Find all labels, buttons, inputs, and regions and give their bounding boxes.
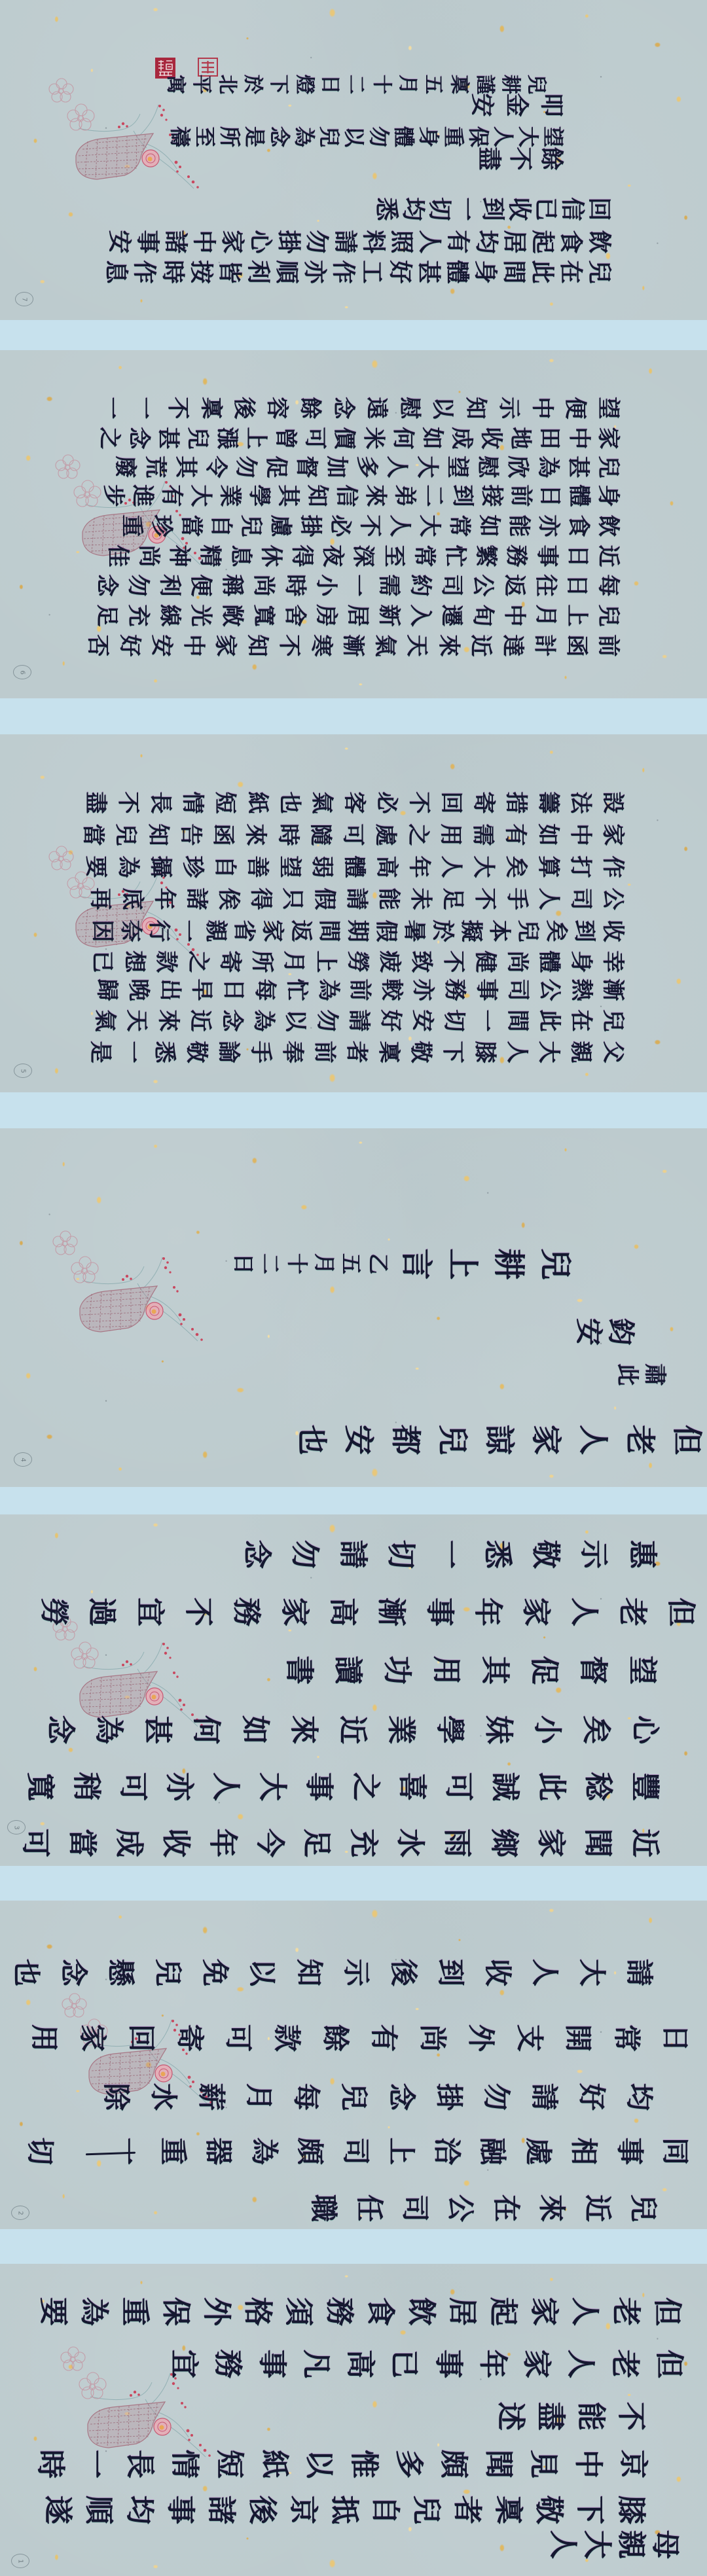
text-column: 公司人手不足未能請假只得俟諸年底再 bbox=[90, 885, 625, 908]
page-divider bbox=[0, 1487, 707, 1514]
page-number-circle: 5 bbox=[14, 1064, 32, 1078]
page-divider bbox=[0, 698, 707, 734]
text-column: 身體日前接到二弟來信知其學業大有進步 bbox=[103, 482, 621, 505]
letter-page: 惠示敬悉一切請勿念 但老人家年事漸高家務不宜過勞 望督促其用功讀書 心矣小妹學業… bbox=[0, 1514, 707, 1866]
page-number-circle: 7 bbox=[15, 292, 33, 306]
page-number: 3 bbox=[13, 1825, 20, 1829]
flower-basket-watermark bbox=[46, 1223, 216, 1354]
page-divider bbox=[0, 1092, 707, 1128]
text-column: 收到矣兒本擬於暑假期間返家省親一行奈因 bbox=[92, 918, 625, 940]
text-column: 家中如有需用之處可隨時來函告知兒當 bbox=[83, 821, 625, 844]
text-column: 豐稔此誠可喜之事大人亦可稍寬 bbox=[27, 1769, 661, 1798]
text-column: 回信已收到一切均悉 bbox=[376, 196, 612, 219]
text-column: 設法籌措寄回不必客氣也紙短情長不盡 bbox=[86, 789, 625, 812]
text-column: 兒耕謹稟五月十二日燈下於北平寓 bbox=[167, 72, 547, 92]
text-column: 京中見聞頗多惟以紙短情長一時 bbox=[37, 2446, 649, 2475]
signature: 兒耕上言 bbox=[402, 1245, 572, 1277]
text-column: 漸熱公司事務亦較前為忙每日早出晚歸 bbox=[97, 976, 625, 999]
page-number-circle: 4 bbox=[14, 1452, 32, 1467]
closing-phrase: 肅此 bbox=[617, 1361, 667, 1384]
text-column: 但老人家年事漸高家務不宜過勞 bbox=[41, 1594, 697, 1623]
page-number: 6 bbox=[19, 670, 26, 674]
text-column: 兒甚為欣慰望大人多加督促勿令其荒廢 bbox=[115, 454, 621, 476]
text-column: 但老人家諒兒都安也 bbox=[298, 1423, 703, 1453]
text-column: 切 bbox=[27, 2136, 55, 2163]
text-column: 幸身體尚健不致疲勞上月所寄之款想已 bbox=[92, 948, 625, 971]
page-number: 7 bbox=[21, 297, 28, 301]
text-column: 作打算矣大人年高體弱望善自珍攝為要 bbox=[86, 853, 625, 876]
text-column: 兒上月中旬遷入新居房舍寬敞光線充足 bbox=[97, 602, 621, 624]
page-number: 1 bbox=[17, 2559, 24, 2563]
page-divider bbox=[0, 2229, 707, 2264]
text-column: 飲食亦能如常大人不必掛慮兒自當珍重 bbox=[122, 512, 621, 535]
text-column: 望督促其用功讀書 bbox=[286, 1653, 658, 1681]
letter-page: 望便中示知以慰遠念餘容後稟不一一 家中田地收成如何米價可曾上漲兒甚念之 兒甚為欣… bbox=[0, 350, 707, 698]
date-line: 乙五月十二日 bbox=[234, 1252, 390, 1273]
text-column: 心矣小妹學業近來如何甚為念 bbox=[47, 1712, 661, 1741]
letter-page: 兒耕上言 乙五月十二日 鈞安 肅此 但老人家諒兒都安也 4 bbox=[0, 1128, 707, 1487]
text-column: 均好請勿掛念兒每月薪水除 bbox=[103, 2081, 654, 2109]
letter-page: 但老人家起居飲食務須格外保重為要 但老人家年事已高凡事務宜 不能盡述 京中見聞頗… bbox=[0, 2264, 707, 2576]
text-column: 近聞家鄉雨水充足今年收成當可 bbox=[22, 1825, 661, 1854]
page-number-circle: 3 bbox=[7, 1820, 26, 1834]
text-column: 兒在此間身體甚好工作亦順利皆按時作息 bbox=[105, 259, 612, 282]
text-column: 每日往返公司約需一小時尚稱便利勿念 bbox=[97, 572, 621, 594]
text-column: 請大人收到後示知以免兒懸念也 bbox=[14, 1957, 654, 1984]
page-number-circle: 1 bbox=[11, 2554, 29, 2568]
text-column: 兒在此間一切安好請勿以為念近來天氣 bbox=[95, 1007, 625, 1029]
text-column: 望便中示知以慰遠念餘容後稟不一一 bbox=[101, 395, 621, 417]
text-column: 兒近來在公司任職 bbox=[311, 2192, 658, 2220]
text-column: 飲食起居均有人照料請勿掛心家中諸事安 bbox=[109, 228, 612, 252]
letter-page: 請大人收到後示知以免兒懸念也 日常開支外尚有餘款可寄回家用 均好請勿掛念兒每月薪… bbox=[0, 1901, 707, 2229]
page-number: 4 bbox=[20, 1458, 27, 1461]
page-divider bbox=[0, 1866, 707, 1901]
page-number: 5 bbox=[20, 1069, 27, 1073]
text-column: 但老人家年事已高凡事務宜 bbox=[171, 2346, 685, 2375]
page-number-circle: 2 bbox=[11, 2206, 29, 2220]
text-column: 膝下敬稟者兒自抵京後諸事均順遂 bbox=[45, 2492, 647, 2521]
text-column: 父親大人膝下敬稟者前奉手諭敬悉一是 bbox=[90, 1039, 625, 1061]
text-column: 前函計達近來天氣漸寒不知家中安好否 bbox=[88, 632, 621, 654]
page-divider bbox=[0, 320, 707, 350]
text-column: 惠示敬悉一切請勿念 bbox=[244, 1537, 658, 1565]
salutation: 母親大人 bbox=[550, 2527, 681, 2556]
text-column: 叩金安 bbox=[471, 92, 564, 115]
text-column: 不能盡述 bbox=[498, 2399, 647, 2427]
text-column: 日常開支外尚有餘款可寄回家用 bbox=[31, 2022, 690, 2050]
closing-salutation: 鈞安 bbox=[576, 1316, 636, 1344]
text-column: 家中田地收成如何米價可曾上漲兒甚念之 bbox=[100, 425, 621, 447]
text-column: 餘不盡 bbox=[479, 145, 564, 169]
page-number: 2 bbox=[17, 2211, 24, 2215]
letter-page: 兒耕謹稟五月十二日燈下於北平寓 叩金安 望大人保重身體勿以兒為念是所至禱 餘不盡… bbox=[0, 0, 707, 320]
page-number-circle: 6 bbox=[13, 665, 31, 679]
text-column: 同事相處融洽上司頗為器重一 bbox=[115, 2136, 690, 2163]
text-column: 近日事務繁忙常至深夜得休息精神尚佳 bbox=[108, 543, 621, 565]
text-column: 但老人家起居飲食務須格外保重為要 bbox=[40, 2294, 683, 2323]
letter-page: 設法籌措寄回不必客氣也紙短情長不盡 家中如有需用之處可隨時來函告知兒當 作打算矣… bbox=[0, 734, 707, 1092]
